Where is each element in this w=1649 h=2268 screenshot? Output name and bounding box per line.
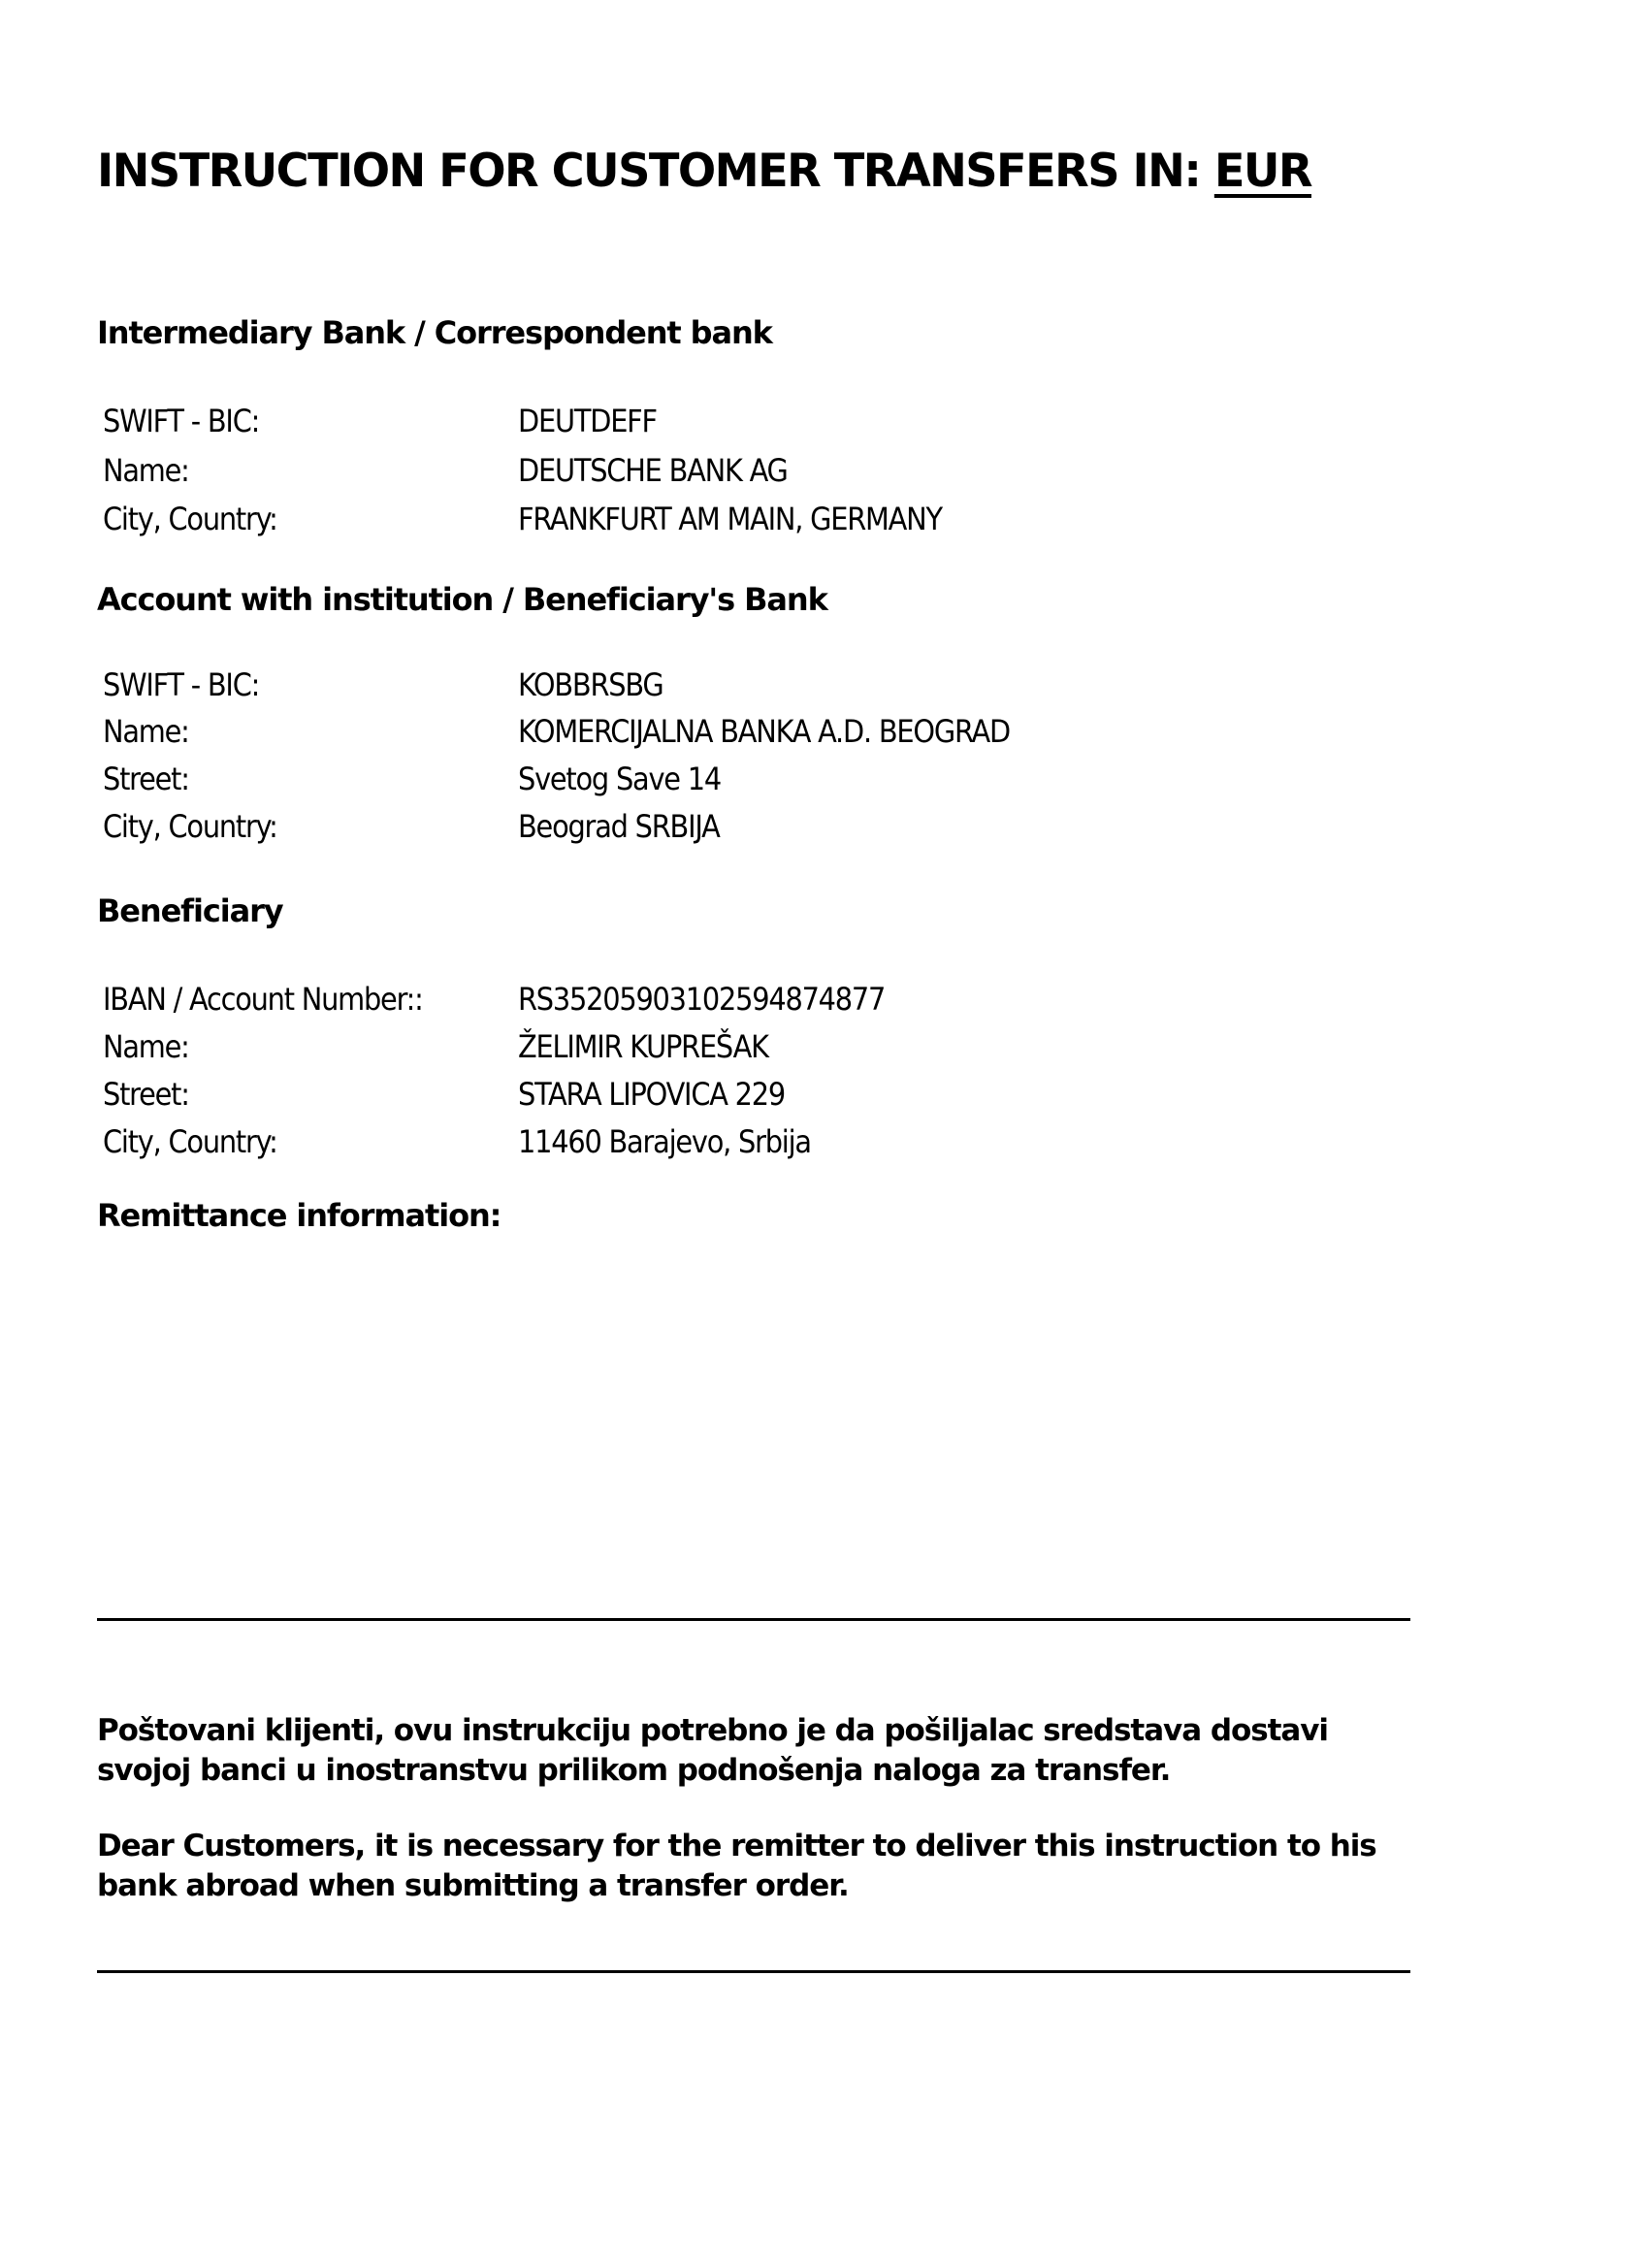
- city-country-value: 11460 Barajevo, Srbija: [518, 1122, 811, 1161]
- beneficiary-heading: Beneficiary: [97, 891, 283, 930]
- remittance-heading: Remittance information:: [97, 1196, 501, 1235]
- notice-english-line: Dear Customers, it is necessary for the …: [97, 1827, 1376, 1866]
- city-country-value: FRANKFURT AM MAIN, GERMANY: [518, 500, 942, 538]
- document-title-text: INSTRUCTION FOR CUSTOMER TRANSFERS IN:: [97, 145, 1214, 198]
- swift-bic-value: DEUTDEFF: [518, 402, 657, 440]
- bank-name-value: KOMERCIJALNA BANKA A.D. BEOGRAD: [518, 712, 1010, 751]
- field-label: City, Country:: [103, 1122, 277, 1161]
- divider-top: [97, 1618, 1410, 1621]
- field-label: City, Country:: [103, 807, 277, 846]
- beneficiary-name-value: ŽELIMIR KUPREŠAK: [518, 1027, 768, 1066]
- divider-bottom: [97, 1970, 1410, 1973]
- document-title: INSTRUCTION FOR CUSTOMER TRANSFERS IN: E…: [97, 144, 1311, 200]
- notice-english-line: bank abroad when submitting a transfer o…: [97, 1866, 849, 1906]
- field-label: City, Country:: [103, 500, 277, 538]
- bank-name-value: DEUTSCHE BANK AG: [518, 451, 788, 490]
- field-label: Street:: [103, 760, 189, 798]
- field-label: IBAN / Account Number::: [103, 980, 423, 1019]
- beneficiary-bank-heading: Account with institution / Beneficiary's…: [97, 580, 827, 619]
- notice-serbian-line: Poštovani klijenti, ovu instrukciju potr…: [97, 1711, 1328, 1751]
- street-value: STARA LIPOVICA 229: [518, 1075, 785, 1114]
- field-label: SWIFT - BIC:: [103, 665, 259, 704]
- city-country-value: Beograd SRBIJA: [518, 807, 720, 846]
- iban-value: RS35205903102594874877: [518, 980, 885, 1019]
- field-label: Name:: [103, 712, 189, 751]
- field-label: Street:: [103, 1075, 189, 1114]
- field-label: Name:: [103, 451, 189, 490]
- swift-bic-value: KOBBRSBG: [518, 665, 663, 704]
- notice-serbian-line: svojoj banci u inostranstvu prilikom pod…: [97, 1751, 1170, 1791]
- currency-code: EUR: [1214, 145, 1311, 198]
- field-label: SWIFT - BIC:: [103, 402, 259, 440]
- street-value: Svetog Save 14: [518, 760, 721, 798]
- field-label: Name:: [103, 1027, 189, 1066]
- intermediary-bank-heading: Intermediary Bank / Correspondent bank: [97, 313, 772, 352]
